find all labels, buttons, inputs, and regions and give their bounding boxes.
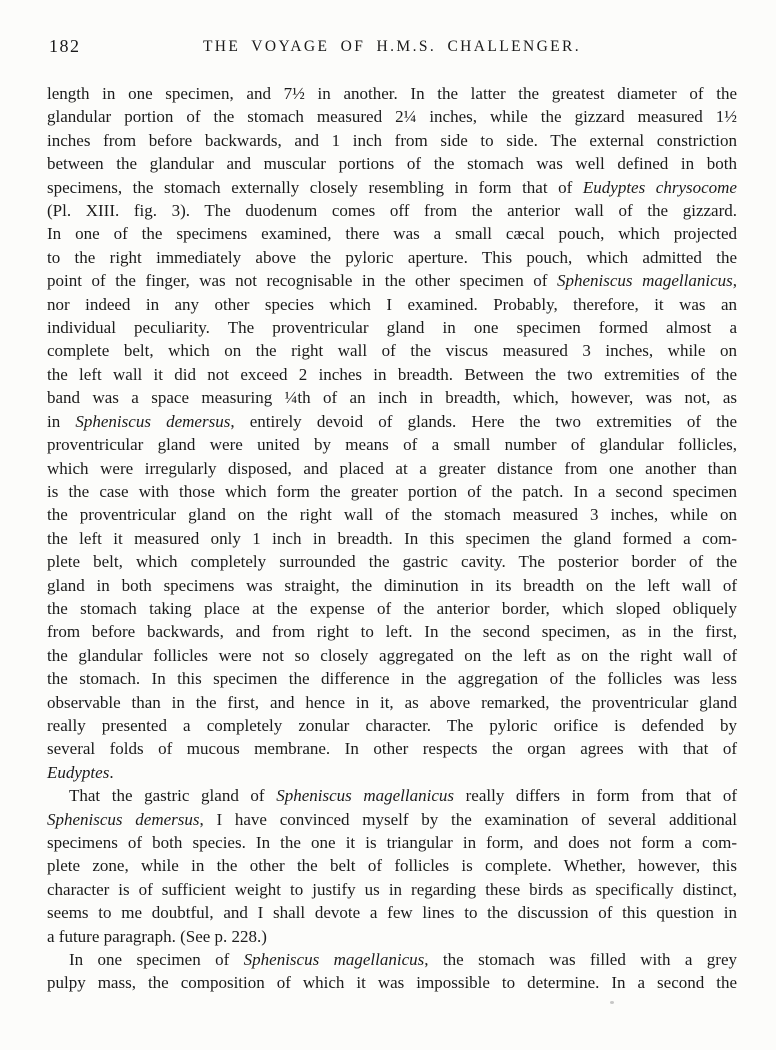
text-run: plete zone, while in the other the belt … (47, 856, 737, 875)
paragraph: length in one specimen, and 7½ in anothe… (47, 82, 737, 784)
running-header: THE VOYAGE OF H.M.S. CHALLENGER. (47, 38, 737, 56)
text-line: glandular portion of the stomach measure… (47, 105, 737, 128)
text-line: nor indeed in any other species which I … (47, 293, 737, 316)
text-line: That the gastric gland of Spheniscus mag… (47, 784, 737, 807)
text-line: In one specimen of Spheniscus magellanic… (47, 948, 737, 971)
text-line: the left wall it did not exceed 2 inches… (47, 363, 737, 386)
text-line: really presented a completely zonular ch… (47, 714, 737, 737)
text-line: the left it measured only 1 inch in brea… (47, 527, 737, 550)
text-line: to the right immediately above the pylor… (47, 246, 737, 269)
text-line: seems to me doubtful, and I shall devote… (47, 901, 737, 924)
text-run: (Pl. XIII. fig. 3). The duodenum comes o… (47, 201, 737, 220)
text-line: plete belt, which completely surrounded … (47, 550, 737, 573)
text-line: specimens of both species. In the one it… (47, 831, 737, 854)
species-name-italic: Spheniscus magellanicus (557, 271, 733, 290)
text-line: individual peculiarity. The proventricul… (47, 316, 737, 339)
text-run: observable than in the first, and hence … (47, 693, 737, 712)
text-line: proventricular gland were united by mean… (47, 433, 737, 456)
text-run: pulpy mass, the composition of which it … (47, 973, 737, 992)
text-run: is the case with those which form the gr… (47, 482, 737, 501)
text-run: seems to me doubtful, and I shall devote… (47, 903, 737, 922)
text-line: gland in both specimens was straight, th… (47, 574, 737, 597)
text-line: the stomach. In this specimen the differ… (47, 667, 737, 690)
text-run: In one specimen of (69, 950, 244, 969)
text-run: which were irregularly disposed, and pla… (47, 459, 737, 478)
text-run: in (47, 412, 75, 431)
text-run: complete belt, which on the right wall o… (47, 341, 737, 360)
text-line: Spheniscus demersus, I have convinced my… (47, 808, 737, 831)
text-line: band was a space measuring ¼th of an inc… (47, 386, 737, 409)
text-run: gland in both specimens was straight, th… (47, 576, 737, 595)
text-run: the stomach. In this specimen the differ… (47, 669, 737, 688)
text-line: which were irregularly disposed, and pla… (47, 457, 737, 480)
text-column: length in one specimen, and 7½ in anothe… (47, 82, 737, 995)
text-run: proventricular gland were united by mean… (47, 435, 737, 454)
text-line: the stomach taking place at the expense … (47, 597, 737, 620)
text-run: individual peculiarity. The proventricul… (47, 318, 737, 337)
text-line: specimens, the stomach externally closel… (47, 176, 737, 199)
species-name-italic: Spheniscus magellanicus (276, 786, 454, 805)
text-run: to the right immediately above the pylor… (47, 248, 737, 267)
paragraph: That the gastric gland of Spheniscus mag… (47, 784, 737, 948)
text-run: , the stomach was filled with a grey (424, 950, 737, 969)
text-line: a future paragraph. (See p. 228.) (47, 925, 737, 948)
text-run: specimens, the stomach externally closel… (47, 178, 583, 197)
text-run: the left it measured only 1 inch in brea… (47, 529, 737, 548)
text-run: inches from before backwards, and 1 inch… (47, 131, 737, 150)
text-run: the left wall it did not exceed 2 inches… (47, 365, 737, 384)
text-run: , entirely devoid of glands. Here the tw… (230, 412, 737, 431)
text-line: pulpy mass, the composition of which it … (47, 971, 737, 994)
text-run: from before backwards, and from right to… (47, 622, 737, 641)
text-run: specimens of both species. In the one it… (47, 833, 737, 852)
text-line: character is of sufficient weight to jus… (47, 878, 737, 901)
text-run: , I have convinced myself by the examina… (200, 810, 738, 829)
text-line: several folds of mucous membrane. In oth… (47, 737, 737, 760)
text-line: length in one specimen, and 7½ in anothe… (47, 82, 737, 105)
text-line: complete belt, which on the right wall o… (47, 339, 737, 362)
text-line: point of the finger, was not recognisabl… (47, 269, 737, 292)
text-run: , (733, 271, 737, 290)
book-page: 182 THE VOYAGE OF H.M.S. CHALLENGER. len… (0, 0, 776, 1050)
text-line: the proventricular gland on the right wa… (47, 503, 737, 526)
text-run: the proventricular gland on the right wa… (47, 505, 737, 524)
text-run: really differs in form from that of (454, 786, 737, 805)
text-run: point of the finger, was not recognisabl… (47, 271, 557, 290)
species-name-italic: Spheniscus magellanicus (244, 950, 425, 969)
paragraph: In one specimen of Spheniscus magellanic… (47, 948, 737, 995)
text-run: character is of sufficient weight to jus… (47, 880, 737, 899)
text-line: in Spheniscus demersus, entirely devoid … (47, 410, 737, 433)
text-line: plete zone, while in the other the belt … (47, 854, 737, 877)
text-run: several folds of mucous membrane. In oth… (47, 739, 737, 758)
text-line: In one of the specimens examined, there … (47, 222, 737, 245)
text-run: band was a space measuring ¼th of an inc… (47, 388, 737, 407)
text-line: observable than in the first, and hence … (47, 691, 737, 714)
text-line: from before backwards, and from right to… (47, 620, 737, 643)
text-run: In one of the specimens examined, there … (47, 224, 737, 243)
text-line: the glandular follicles were not so clos… (47, 644, 737, 667)
text-run: the stomach taking place at the expense … (47, 599, 737, 618)
text-line: Eudyptes. (47, 761, 737, 784)
species-name-italic: Spheniscus demersus (47, 810, 200, 829)
text-run: a future paragraph. (See p. 228.) (47, 927, 267, 946)
text-line: (Pl. XIII. fig. 3). The duodenum comes o… (47, 199, 737, 222)
text-line: is the case with those which form the gr… (47, 480, 737, 503)
text-run: plete belt, which completely surrounded … (47, 552, 737, 571)
species-name-italic: Eudyptes (47, 763, 109, 782)
text-run: . (109, 763, 113, 782)
text-run: glandular portion of the stomach measure… (47, 107, 737, 126)
scan-speck (607, 701, 609, 704)
species-name-italic: Spheniscus demersus (75, 412, 230, 431)
text-run: the glandular follicles were not so clos… (47, 646, 737, 665)
scan-speck (610, 1001, 614, 1004)
text-run: between the glandular and muscular porti… (47, 154, 737, 173)
text-run: nor indeed in any other species which I … (47, 295, 737, 314)
text-run: really presented a completely zonular ch… (47, 716, 737, 735)
text-line: inches from before backwards, and 1 inch… (47, 129, 737, 152)
text-run: That the gastric gland of (69, 786, 276, 805)
text-line: between the glandular and muscular porti… (47, 152, 737, 175)
text-run: length in one specimen, and 7½ in anothe… (47, 84, 737, 103)
species-name-italic: Eudyptes chrysocome (583, 178, 737, 197)
